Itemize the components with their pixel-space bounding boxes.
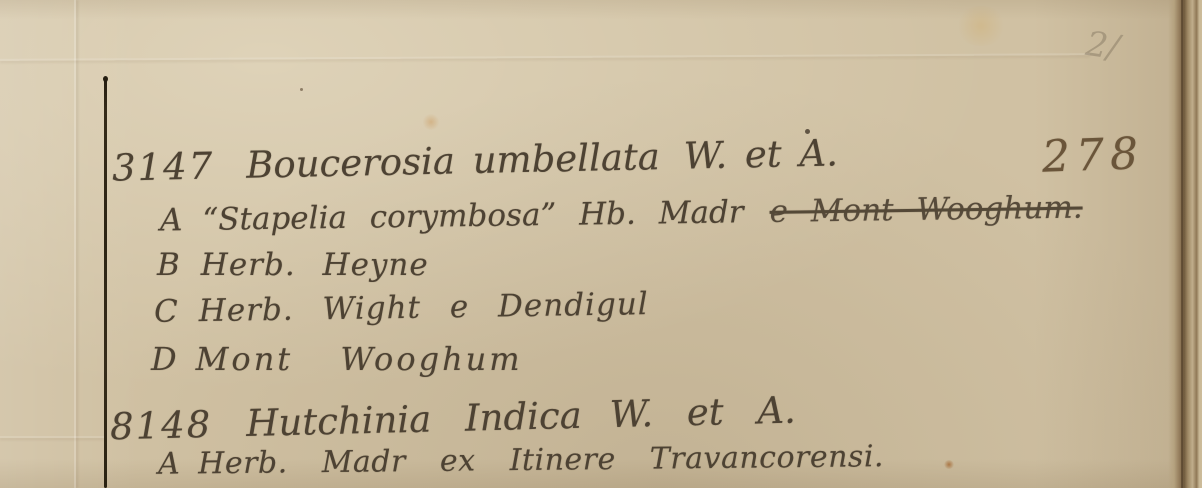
specimen-text: Herb. Heyne — [201, 247, 429, 283]
specimen-text: “Stapelia corymbosa” Hb. Madr — [202, 194, 744, 238]
specimen-line-a: A“Stapelia corymbosa” Hb. Madre Mont Woo… — [160, 190, 1083, 239]
top-crease — [0, 53, 1090, 61]
specimen-text: Herb. Wight e Dendigul — [198, 286, 648, 329]
margin-rule-line — [104, 78, 107, 488]
species-name: Hutchinia Indica — [246, 394, 583, 445]
authority: W. et A. — [683, 131, 838, 177]
pencil-annotation: 2/ — [1083, 24, 1121, 68]
specimen-text: Herb. Madr ex Itinere Travancorensi. — [198, 439, 884, 481]
bottom-left-crease — [0, 436, 104, 438]
catalogue-number: 3147 — [112, 144, 215, 189]
specimen-line-b: BHerb. Heyne — [157, 247, 429, 283]
specimen-letter: D — [151, 340, 180, 378]
manuscript-page: 2/ 278 3147Boucerosia umbellataW. et A. … — [0, 0, 1202, 488]
entry-heading-3147: 3147Boucerosia umbellataW. et A. — [112, 131, 839, 189]
specimen-line-8148-a: AHerb. Madr ex Itinere Travancorensi. — [158, 439, 884, 482]
paper-speck — [300, 88, 303, 91]
species-name: Boucerosia umbellata — [246, 135, 660, 187]
foxing-spot — [422, 114, 440, 130]
specimen-line-d: DMont Wooghum — [151, 340, 523, 378]
entry-heading-8148: 8148Hutchinia IndicaW. et A. — [110, 389, 797, 449]
specimen-line-c: CHerb. Wight e Dendigul — [154, 286, 649, 330]
specimen-letter: C — [154, 293, 179, 329]
catalogue-number: 8148 — [110, 403, 213, 448]
foxing-spot — [944, 460, 954, 469]
authority: W. et A. — [609, 389, 796, 437]
struck-text: e Mont Wooghum. — [769, 190, 1082, 230]
specimen-letter: B — [157, 247, 181, 283]
specimen-letter: A — [160, 202, 183, 238]
page-number: 278 — [1041, 128, 1145, 183]
stain-spot — [955, 6, 1007, 46]
vertical-fold-crease — [74, 0, 76, 488]
specimen-letter: A — [158, 447, 181, 482]
book-page-edge — [1168, 0, 1202, 488]
specimen-text: Mont Wooghum — [196, 340, 523, 378]
